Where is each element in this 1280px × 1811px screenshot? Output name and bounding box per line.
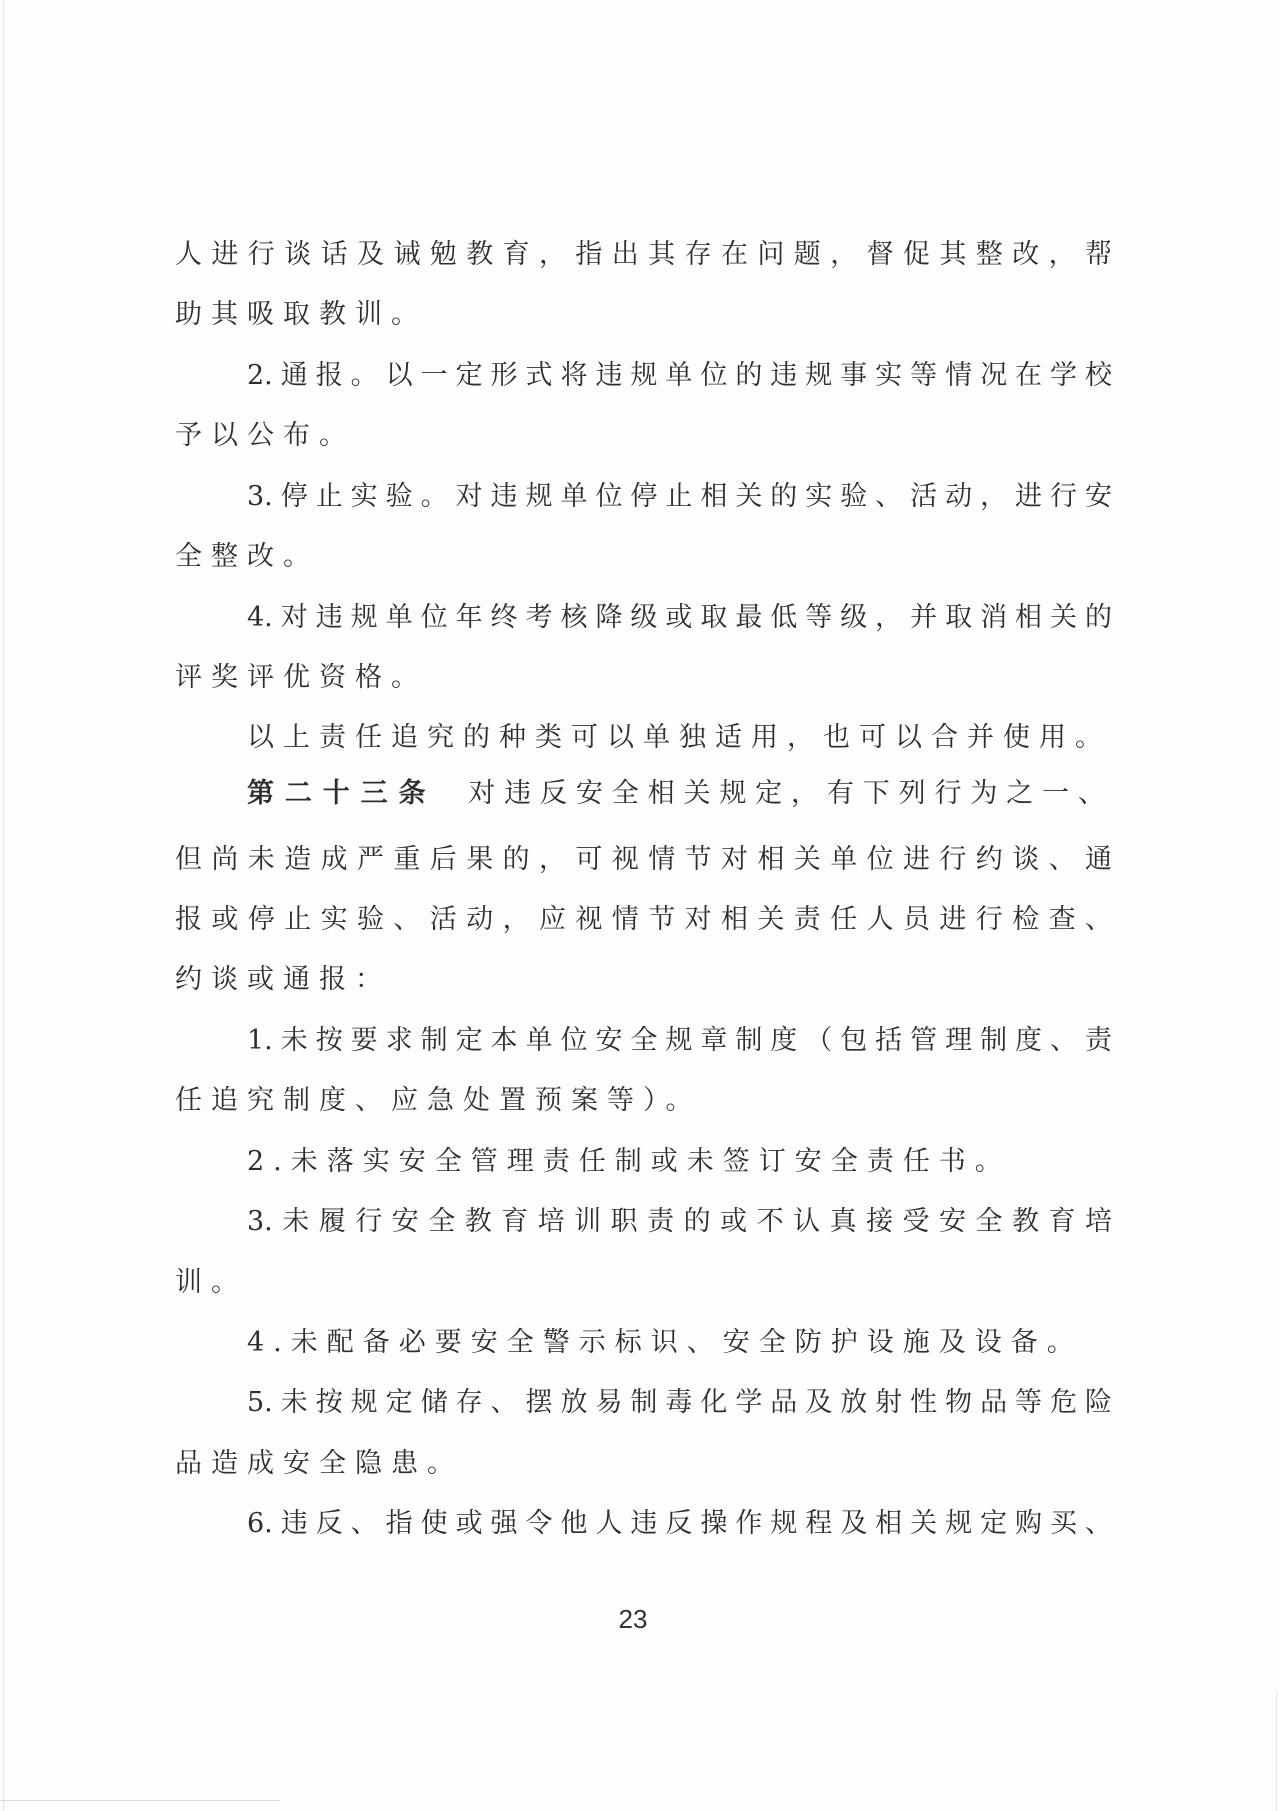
list-item-3-training: 3​.​未​履​行​安​全​教​育​培​训​职​责​的​或​不​认​真​接​受​…	[247, 1202, 1112, 1242]
text-line: 报​或​停​止​实​验​、​活​动​，​应​视​情​节​对​相​关​责​任​人​…	[175, 900, 1112, 940]
text-line: 予以公布。	[175, 416, 1112, 456]
text-line: 品造成安全隐患。	[175, 1444, 1112, 1484]
list-item-6-violation: 6​.​违​反​、​指​使​或​强​令​他​人​违​反​操​作​规​程​及​相​…	[247, 1504, 1112, 1544]
scan-edge-bottom	[0, 1800, 280, 1801]
article-number: 第二十三条	[247, 778, 436, 809]
text-line: 全整改。	[175, 537, 1112, 577]
text-line: 人​进​行​谈​话​及​诫​勉​教​育​，​指​出​其​存​在​问​题​，​督​…	[175, 235, 1112, 275]
article-23-text: 对违反安全相关规定，有下列行为之一、	[466, 778, 1112, 809]
text-line: 评奖评优资格。	[175, 658, 1112, 698]
scan-edge-right	[1276, 1690, 1277, 1811]
list-item-2-notice: 2​.​通​报​。​以​一​定​形​式​将​违​规​单​位​的​违​规​事​实​…	[247, 356, 1112, 396]
list-item-1-rules: 1​.​未​按​要​求​制​定​本​单​位​安​全​规​章​制​度​（​包​括​…	[247, 1021, 1112, 1061]
list-item-4-downgrade: 4​.​对​违​规​单​位​年​终​考​核​降​级​或​取​最​低​等​级​，​…	[247, 598, 1112, 638]
list-item-4-equipment: 4.未配备必要安全警示标识、安全防护设施及设备。	[247, 1323, 1112, 1363]
list-item-3-stop-experiment: 3​.​停​止​实​验​。​对​违​规​单​位​停​止​相​关​的​实​验​、​…	[247, 477, 1112, 517]
paragraph-summary: 以上责任追究的种类可以单独适用，也可以合并使用。	[247, 718, 1112, 758]
text-line: 训。	[175, 1263, 1112, 1303]
article-23-heading-line: 第二十三条对违反安全相关规定，有下列行为之一、	[247, 774, 1112, 814]
scan-edge-left	[3, 0, 4, 1811]
list-item-5-hazardous-storage: 5​.​未​按​规​定​储​存​、​摆​放​易​制​毒​化​学​品​及​放​射​…	[247, 1383, 1112, 1423]
document-page: 人​进​行​谈​话​及​诫​勉​教​育​，​指​出​其​存​在​问​题​，​督​…	[0, 0, 1280, 1811]
text-line: 任追究制度、应急处置预案等）。	[175, 1081, 1112, 1121]
text-line: 约谈或通报：	[175, 960, 1112, 1000]
list-item-2-responsibility: 2.未落实安全管理责任制或未签订安全责任书。	[247, 1142, 1112, 1182]
text-line: 助其吸取教训。	[175, 295, 1112, 335]
text-line: 但​尚​未​造​成​严​重​后​果​的​，​可​视​情​节​对​相​关​单​位​…	[175, 840, 1112, 880]
page-number: 23	[0, 1604, 1266, 1635]
